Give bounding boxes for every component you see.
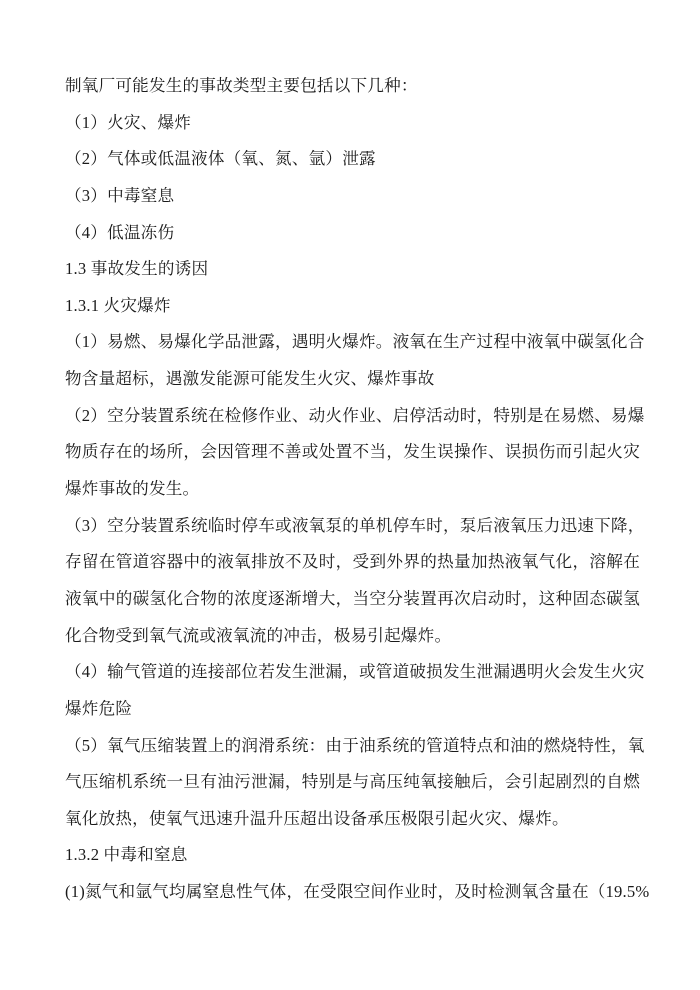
section-heading: 1.3.1 火灾爆炸 xyxy=(65,288,640,325)
text-line: 氧化放热，使氧气迅速升温升压超出设备承压极限引起火灾、爆炸。 xyxy=(65,801,640,838)
text-line: （1）易燃、易爆化学品泄露，遇明火爆炸。液氧在生产过程中液氧中碳氢化合 xyxy=(65,324,640,361)
text-line: 气压缩机系统一旦有油污泄漏，特别是与高压纯氧接触后，会引起剧烈的自燃 xyxy=(65,764,640,801)
text-line: （3）空分装置系统临时停车或液氧泵的单机停车时，泵后液氧压力迅速下降， xyxy=(65,508,640,545)
text-line: 制氧厂可能发生的事故类型主要包括以下几种： xyxy=(65,68,640,105)
text-line: 物含量超标，遇激发能源可能发生火灾、爆炸事故 xyxy=(65,361,640,398)
text-line: 液氧中的碳氢化合物的浓度逐渐增大，当空分装置再次启动时，这种固态碳氢 xyxy=(65,581,640,618)
section-heading: 1.3 事故发生的诱因 xyxy=(65,251,640,288)
text-line: 爆炸事故的发生。 xyxy=(65,471,640,508)
text-line: （1）火灾、爆炸 xyxy=(65,105,640,142)
document-text-block: 制氧厂可能发生的事故类型主要包括以下几种：（1）火灾、爆炸（2）气体或低温液体（… xyxy=(65,68,640,911)
text-line: （4）输气管道的连接部位若发生泄漏，或管道破损发生泄漏遇明火会发生火灾 xyxy=(65,654,640,691)
document-page: 制氧厂可能发生的事故类型主要包括以下几种：（1）火灾、爆炸（2）气体或低温液体（… xyxy=(0,0,700,990)
text-line: （5）氧气压缩装置上的润滑系统：由于油系统的管道特点和油的燃烧特性，氧 xyxy=(65,728,640,765)
text-line: 爆炸危险 xyxy=(65,691,640,728)
text-line: （4）低温冻伤 xyxy=(65,215,640,252)
text-line: （3）中毒窒息 xyxy=(65,178,640,215)
text-line: (1)氮气和氩气均属窒息性气体，在受限空间作业时，及时检测氧含量在（19.5% xyxy=(65,874,640,911)
text-line: 化合物受到氧气流或液氧流的冲击，极易引起爆炸。 xyxy=(65,618,640,655)
section-heading: 1.3.2 中毒和窒息 xyxy=(65,837,640,874)
text-line: （2）空分装置系统在检修作业、动火作业、启停活动时，特别是在易燃、易爆 xyxy=(65,398,640,435)
text-line: 物质存在的场所，会因管理不善或处置不当，发生误操作、误损伤而引起火灾 xyxy=(65,434,640,471)
text-line: 存留在管道容器中的液氧排放不及时，受到外界的热量加热液氧气化，溶解在 xyxy=(65,544,640,581)
text-line: （2）气体或低温液体（氧、氮、氩）泄露 xyxy=(65,141,640,178)
